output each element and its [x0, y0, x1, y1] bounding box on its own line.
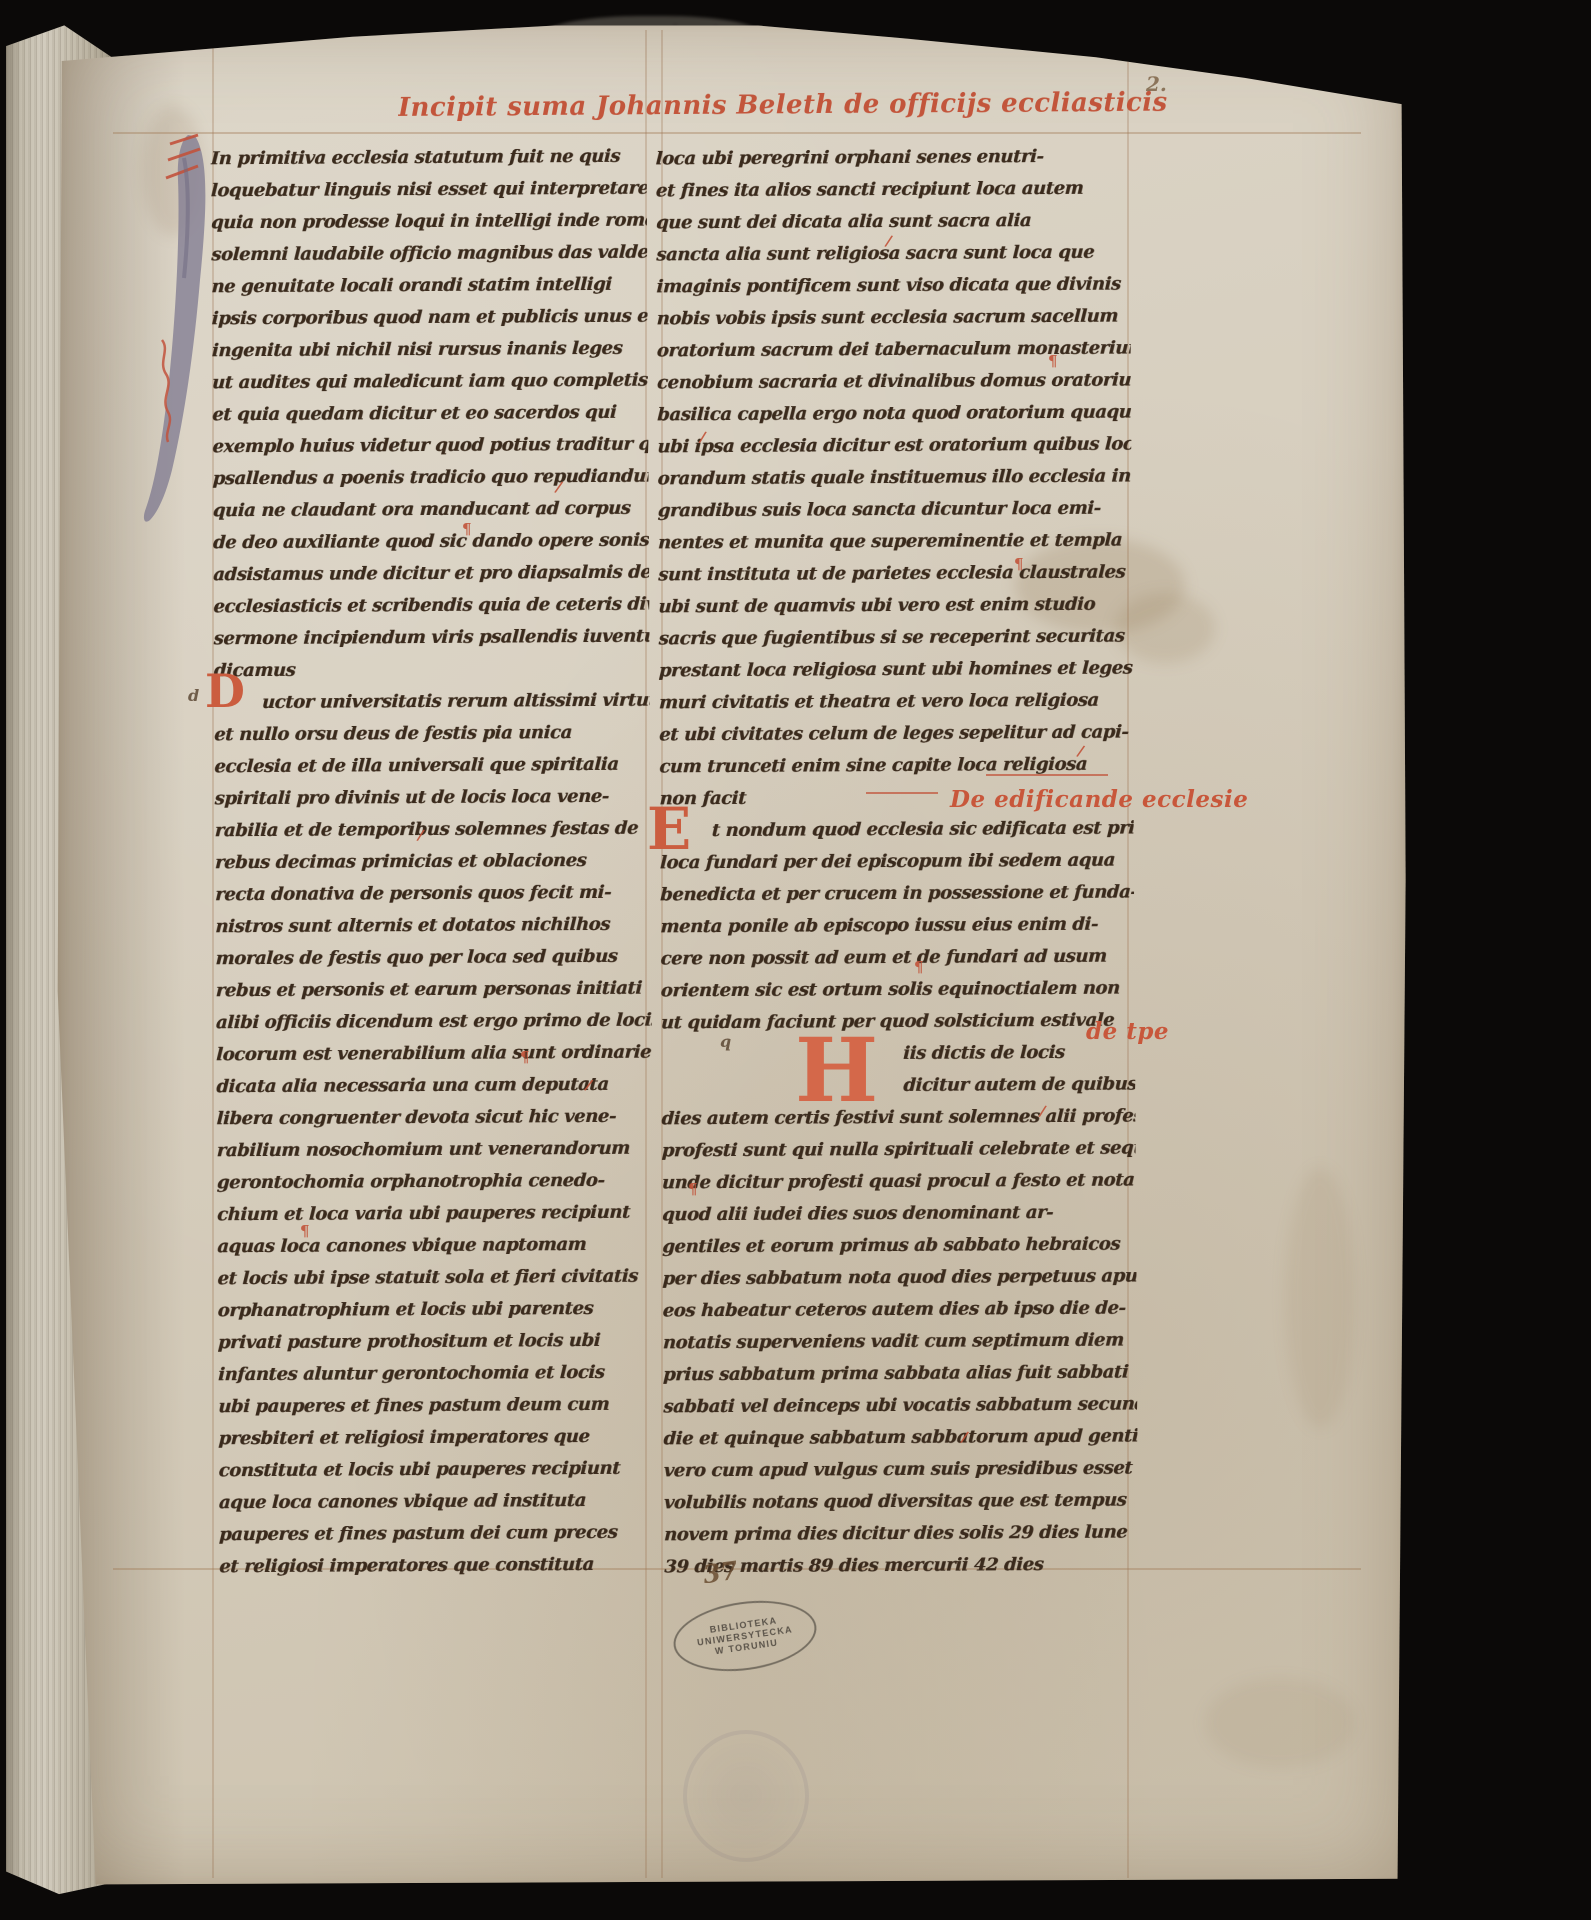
text-line: nistros sunt alternis et dotatos nichilh…	[215, 909, 652, 944]
heading-de-tempore: de tpe	[1086, 1018, 1169, 1045]
text-line: unde dicitur profesti quasi procul a fes…	[661, 1165, 1136, 1200]
text-line: ubi pauperes et fines pastum deum cum	[218, 1389, 655, 1424]
text-line: et religiosi imperatores que constituta	[219, 1549, 656, 1584]
text-line: ne genuitate locali orandi statim intell…	[211, 269, 648, 304]
text-line: recta donativa de personis quos fecit mi…	[214, 877, 651, 912]
text-line: orientem sic est ortum solis equinoctial…	[660, 973, 1135, 1008]
ruling-line-top	[113, 132, 1361, 134]
text-line: chium et loca varia ubi pauperes recipiu…	[216, 1197, 653, 1232]
text-line: prestant loca religiosa sunt ubi homines…	[658, 653, 1133, 688]
text-line: quia non prodesse loqui in intelligi ind…	[211, 205, 648, 240]
text-line: constituta et locis ubi pauperes recipiu…	[218, 1453, 655, 1488]
text-line: notatis superveniens vadit cum septimum …	[662, 1325, 1137, 1360]
text-line: grandibus suis loca sancta dicuntur loca…	[657, 493, 1132, 528]
text-line: et nullo orsu deus de festis pia unica	[213, 717, 650, 752]
text-line: loquebatur linguis nisi esset qui interp…	[211, 173, 648, 208]
text-line: menta ponile ab episcopo iussu eius enim…	[660, 909, 1135, 944]
initial-E: E	[647, 800, 691, 858]
paraph-mark: ¶	[1048, 352, 1058, 370]
text-line: et quia quedam dicitur et eo sacerdos qu…	[211, 397, 648, 432]
text-line: loca ubi peregrini orphani senes enutri-	[656, 141, 1131, 176]
text-line: gerontochomia orphanotrophia cenedo-	[216, 1165, 653, 1200]
text-line: In primitiva ecclesia statutum fuit ne q…	[211, 141, 648, 176]
text-line: ecclesia et de illa universali que spiri…	[214, 749, 651, 784]
paraph-mark: ¶	[300, 1222, 310, 1240]
guide-letter: d	[188, 686, 199, 705]
text-line: pauperes et fines pastum dei cum preces	[218, 1517, 655, 1552]
text-line: per dies sabbatum nota quod dies perpetu…	[662, 1261, 1137, 1296]
text-line: ecclesiasticis et scribendis quia de cet…	[213, 589, 650, 624]
text-line: rebus decimas primicias et oblaciones	[214, 845, 651, 880]
text-line: benedicta et per crucem in possessione e…	[659, 877, 1134, 912]
stain	[1285, 1168, 1355, 1428]
text-line: sermone incipiendum viris psallendis iuv…	[213, 621, 650, 656]
initial-H: H	[795, 1026, 878, 1114]
text-line: psallendus a poenis tradicio quo repudia…	[212, 461, 649, 496]
red-underline	[866, 792, 938, 794]
text-line: nentes et munita que supereminentie et t…	[657, 525, 1132, 560]
text-line: ingenita ubi nichil nisi rursus inanis l…	[211, 333, 648, 368]
folio-number: 2.	[1146, 72, 1167, 96]
shelfmark-number: 37	[701, 1556, 739, 1590]
right-column: loca ubi peregrini orphani senes enutri-…	[656, 141, 1139, 1604]
text-line: gentiles et eorum primus ab sabbato hebr…	[662, 1229, 1137, 1264]
manuscript-photo: sma nois et Incipit suma Johannis Beleth…	[0, 0, 1591, 1920]
paraph-mark: ¶	[914, 958, 924, 976]
text-line: cere non possit ad eum et de fundari ad …	[660, 941, 1135, 976]
text-line: oratorium sacrum dei tabernaculum monast…	[656, 333, 1131, 368]
text-line: rebus et personis et earum personas init…	[215, 973, 652, 1008]
faded-round-stamp	[683, 1730, 809, 1862]
text-line: sancta alia sunt religiosa sacra sunt lo…	[656, 237, 1131, 272]
text-line: profesti sunt qui nulla spirituali celeb…	[661, 1133, 1136, 1168]
text-line: morales de festis quo per loca sed quibu…	[215, 941, 652, 976]
text-line: volubilis notans quod diversitas que est…	[663, 1485, 1138, 1520]
left-column: In primitiva ecclesia statutum fuit ne q…	[211, 141, 656, 1604]
text-line: aque loca canones vbique ad instituta	[218, 1485, 655, 1520]
stain	[1205, 1678, 1355, 1768]
text-line: imaginis pontificem sunt viso dicata que…	[656, 269, 1131, 304]
text-line: novem prima dies dicitur dies solis 29 d…	[663, 1517, 1138, 1552]
text-line: ut audites qui maledicunt iam quo comple…	[211, 365, 648, 400]
text-line: privati pasture prothositum et locis ubi	[217, 1325, 654, 1360]
text-line: presbiteri et religiosi imperatores que	[218, 1421, 655, 1456]
manuscript-page: Incipit suma Johannis Beleth de officijs…	[55, 18, 1407, 1890]
text-line: de deo auxiliante quod sic dando opere s…	[212, 525, 649, 560]
text-line: basilica capella ergo nota quod oratoriu…	[656, 397, 1131, 432]
text-line: ubi ipsa ecclesia dicitur est oratorium …	[657, 429, 1132, 464]
text-line: et locis ubi ipse statuit sola et fieri …	[217, 1261, 654, 1296]
text-line: uctor universitatis rerum altissimi virt…	[213, 685, 650, 720]
text-line: rabilia et de temporibus solemnes festas…	[214, 813, 651, 848]
text-line: iis dictis de locis	[660, 1037, 1135, 1072]
text-line: dicitur autem de quibus tempora accipiun…	[661, 1069, 1136, 1104]
paraph-mark: ¶	[520, 1048, 530, 1066]
text-line: ubi sunt de quamvis ubi vero est enim st…	[658, 589, 1133, 624]
text-line: orphanatrophium et locis ubi parentes	[217, 1293, 654, 1328]
text-line: libera congruenter devota sicut hic vene…	[216, 1101, 653, 1136]
text-line: muri civitatis et theatra et vero loca r…	[658, 685, 1133, 720]
text-line: et fines ita alios sancti recipiunt loca…	[656, 173, 1131, 208]
text-line: vero cum apud vulgus cum suis presidibus…	[663, 1453, 1138, 1488]
text-line: sacris que fugientibus si se receperint …	[658, 621, 1133, 656]
text-line: aquas loca canones vbique naptomam	[217, 1229, 654, 1264]
initial-D: D	[205, 668, 245, 714]
heading-de-edificatione: De edificande ecclesie	[950, 786, 1248, 813]
text-line: alibi officiis dicendum est ergo primo d…	[215, 1005, 652, 1040]
text-line: ipsis corporibus quod nam et publicis un…	[211, 301, 648, 336]
library-stamp: BIBLIOTEKA UNIWERSYTECKA W TORUNIU	[669, 1592, 821, 1679]
text-line: quia ne claudant ora manducant ad corpus	[212, 493, 649, 528]
paraph-mark: ¶	[688, 1180, 698, 1198]
text-line: prius sabbatum prima sabbata alias fuit …	[662, 1357, 1137, 1392]
text-line: et ubi civitates celum de leges sepelitu…	[658, 717, 1133, 752]
text-line: ut quidam faciunt per quod solsticium es…	[660, 1005, 1135, 1040]
text-line: cum trunceti enim sine capite loca relig…	[659, 749, 1134, 784]
text-line: loca fundari per dei episcopum ibi sedem…	[659, 845, 1134, 880]
text-line: rabilium nosochomium unt venerandorum	[216, 1133, 653, 1168]
text-line: infantes aluntur gerontochomia et locis	[217, 1357, 654, 1392]
text-line: eos habeatur ceteros autem dies ab ipso …	[662, 1293, 1137, 1328]
text-line: nobis vobis ipsis sunt ecclesia sacrum s…	[656, 301, 1131, 336]
text-line: sunt instituta ut de parietes ecclesia c…	[657, 557, 1132, 592]
paraph-mark: ¶	[1014, 555, 1024, 573]
text-line: orandum statis quale instituemus illo ec…	[657, 461, 1132, 496]
text-line: adsistamus unde dicitur et pro diapsalmi…	[212, 557, 649, 592]
guide-letter: q	[720, 1032, 731, 1051]
text-line: quod alii iudei dies suos denominant ar-	[661, 1197, 1136, 1232]
text-line: spiritali pro divinis ut de locis loca v…	[214, 781, 651, 816]
text-line: t nondum quod ecclesia sic edificata est…	[659, 813, 1134, 848]
text-line: sabbati vel deinceps ubi vocatis sabbatu…	[663, 1389, 1138, 1424]
text-line: exemplo huius videtur quod potius tradit…	[212, 429, 649, 464]
text-line: locorum est venerabilium alia sunt ordin…	[215, 1037, 652, 1072]
text-line: die et quinque sabbatum sabbatorum apud …	[663, 1421, 1138, 1456]
incipit-rubric: Incipit suma Johannis Beleth de officijs…	[398, 87, 1238, 123]
text-line: cenobium sacraria et divinalibus domus o…	[656, 365, 1131, 400]
red-underline	[986, 774, 1108, 776]
paraph-mark: ¶	[462, 520, 472, 538]
text-line: solemni laudabile officio magnibus das v…	[211, 237, 648, 272]
text-line: dies autem certis festivi sunt solemnes …	[661, 1101, 1136, 1136]
text-line: dicamus	[213, 653, 650, 688]
